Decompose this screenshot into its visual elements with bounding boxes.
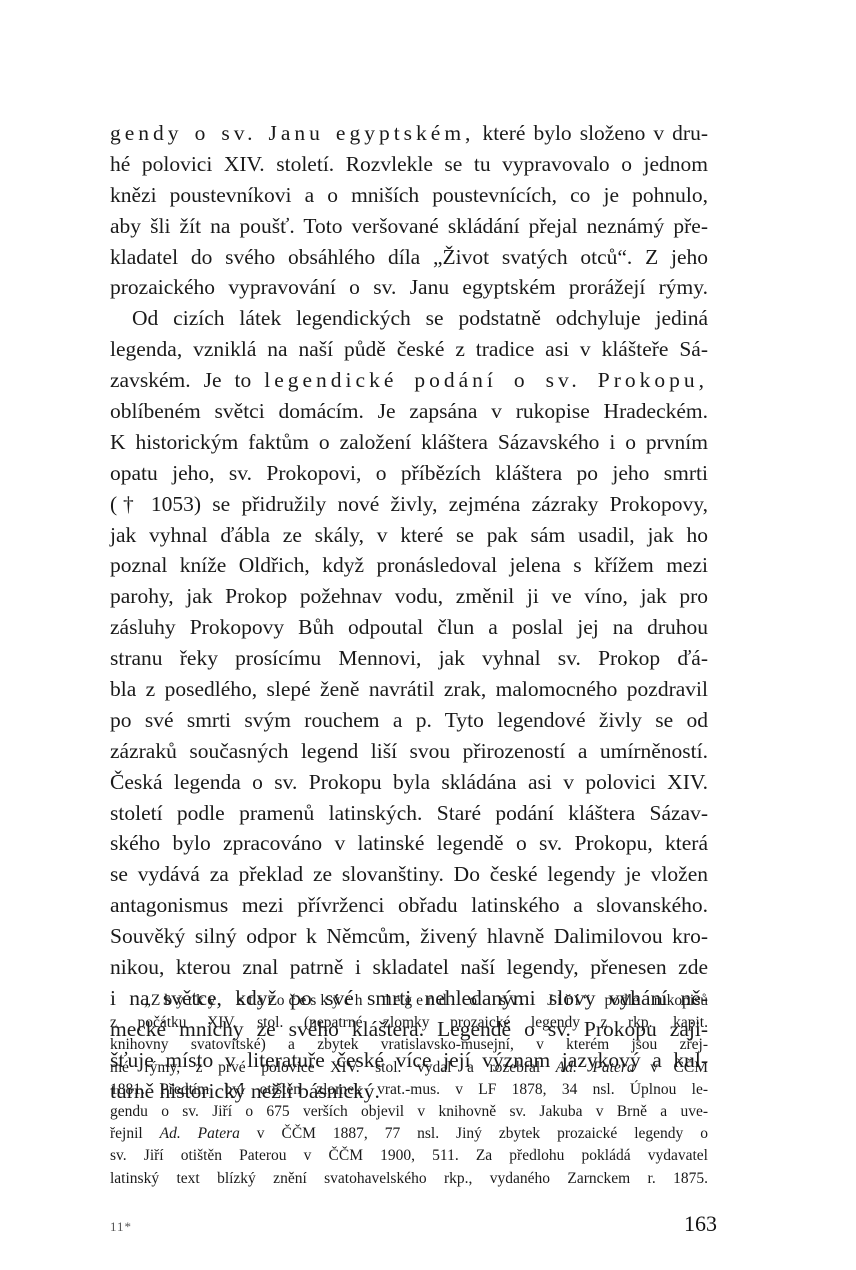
note-line: latinský text blízký znění svatohavelské… (110, 1168, 708, 1190)
text-line: parohy, jak Prokop požehnav vodu, změnil… (110, 581, 708, 612)
book-page: gendy o sv. Janu egyptském, které bylo s… (0, 0, 856, 1270)
text-line: zavském. Je to legendické podání o sv. P… (110, 365, 708, 396)
text-line: poznal kníže Oldřich, když pronásledoval… (110, 550, 708, 581)
text-line: († 1053) se přidružily nové živly, zejmé… (110, 489, 708, 520)
text-line: knězi poustevníkovi a o mniších poustevn… (110, 180, 708, 211)
main-text-block: gendy o sv. Janu egyptském, které bylo s… (110, 118, 708, 1107)
text-line: zázraků současných legend liší svou přir… (110, 736, 708, 767)
text-line: stranu řeky prosícímu Mennovi, jak vyhna… (110, 643, 708, 674)
text-line: ského bylo zpracováno v latinské legendě… (110, 828, 708, 859)
note-line: gendu o sv. Jiří o 675 verších objevil v… (110, 1101, 708, 1123)
note-line: řejnil Ad. Patera v ČČM 1887, 77 nsl. Ji… (110, 1123, 708, 1145)
text-line: opatu jeho, sv. Prokopovi, o příbězích k… (110, 458, 708, 489)
italic-name: Ad. Patera (556, 1059, 635, 1076)
text-line: bla z posedlého, slepé ženě navrátil zra… (110, 674, 708, 705)
italic-name: Ad. Patera (160, 1125, 240, 1142)
text-line: po své smrti svým rouchem a p. Tyto lege… (110, 705, 708, 736)
text-line: Souvěký silný odpor k Němcům, živený hla… (110, 921, 708, 952)
note-line: knihovny svatovítské) a zbytek vratislav… (110, 1034, 708, 1056)
signature-mark: 11* (110, 1219, 132, 1235)
note-line: sv. Jiří otištěn Paterou v ČČM 1900, 511… (110, 1145, 708, 1167)
text-line: legenda, vzniklá na naší půdě české z tr… (110, 334, 708, 365)
text-line: oblíbeném světci domácím. Je zapsána v r… (110, 396, 708, 427)
text-line: Česká legenda o sv. Prokopu byla skládán… (110, 767, 708, 798)
text-line: nikou, kterou znal patrně i skladatel na… (110, 952, 708, 983)
text-line: zásluhy Prokopovy Bůh odpoutal člun a po… (110, 612, 708, 643)
text-line: aby šli žít na poušť. Toto veršované skl… (110, 211, 708, 242)
text-line: kladatel do svého obsáhlého díla „Život … (110, 242, 708, 273)
note-line: mé rýmy, z prvé polovice XIV. stol. vyda… (110, 1057, 708, 1079)
paragraph-start-line: Od cizích látek legendických se podstatn… (110, 303, 708, 334)
note-line: „Zbytky staročeských legend o sv. Jiří“ … (110, 990, 708, 1012)
text-line: antagonismus mezi přívrženci obřadu lati… (110, 890, 708, 921)
note-line: 1881. Předtím byl otištěn zlomek vrat.-m… (110, 1079, 708, 1101)
text-line: K historickým faktům o založení kláštera… (110, 427, 708, 458)
spaced-title: Zbytky staročeských legend o sv. Jiří (151, 992, 583, 1009)
text-line: hé polovici XIV. století. Rozvlekle se t… (110, 149, 708, 180)
text-line: prozaického vypravování o sv. Janu egypt… (110, 272, 708, 303)
text-line: století podle pramenů latinských. Staré … (110, 798, 708, 829)
text-line: jak vyhnal ďábla ze skály, v které se pa… (110, 520, 708, 551)
note-line: z počátku XIV. stol. (nepatrné zlomky pr… (110, 1012, 708, 1034)
spaced-title: legendické podání o sv. Prokopu, (264, 368, 708, 392)
spaced-title: gendy o sv. Janu egyptském, (110, 121, 474, 145)
text-line: gendy o sv. Janu egyptském, které bylo s… (110, 118, 708, 149)
page-number: 163 (684, 1211, 717, 1237)
text-line: se vydává za překlad ze slovanštiny. Do … (110, 859, 708, 890)
bibliographic-note: „Zbytky staročeských legend o sv. Jiří“ … (110, 990, 708, 1190)
